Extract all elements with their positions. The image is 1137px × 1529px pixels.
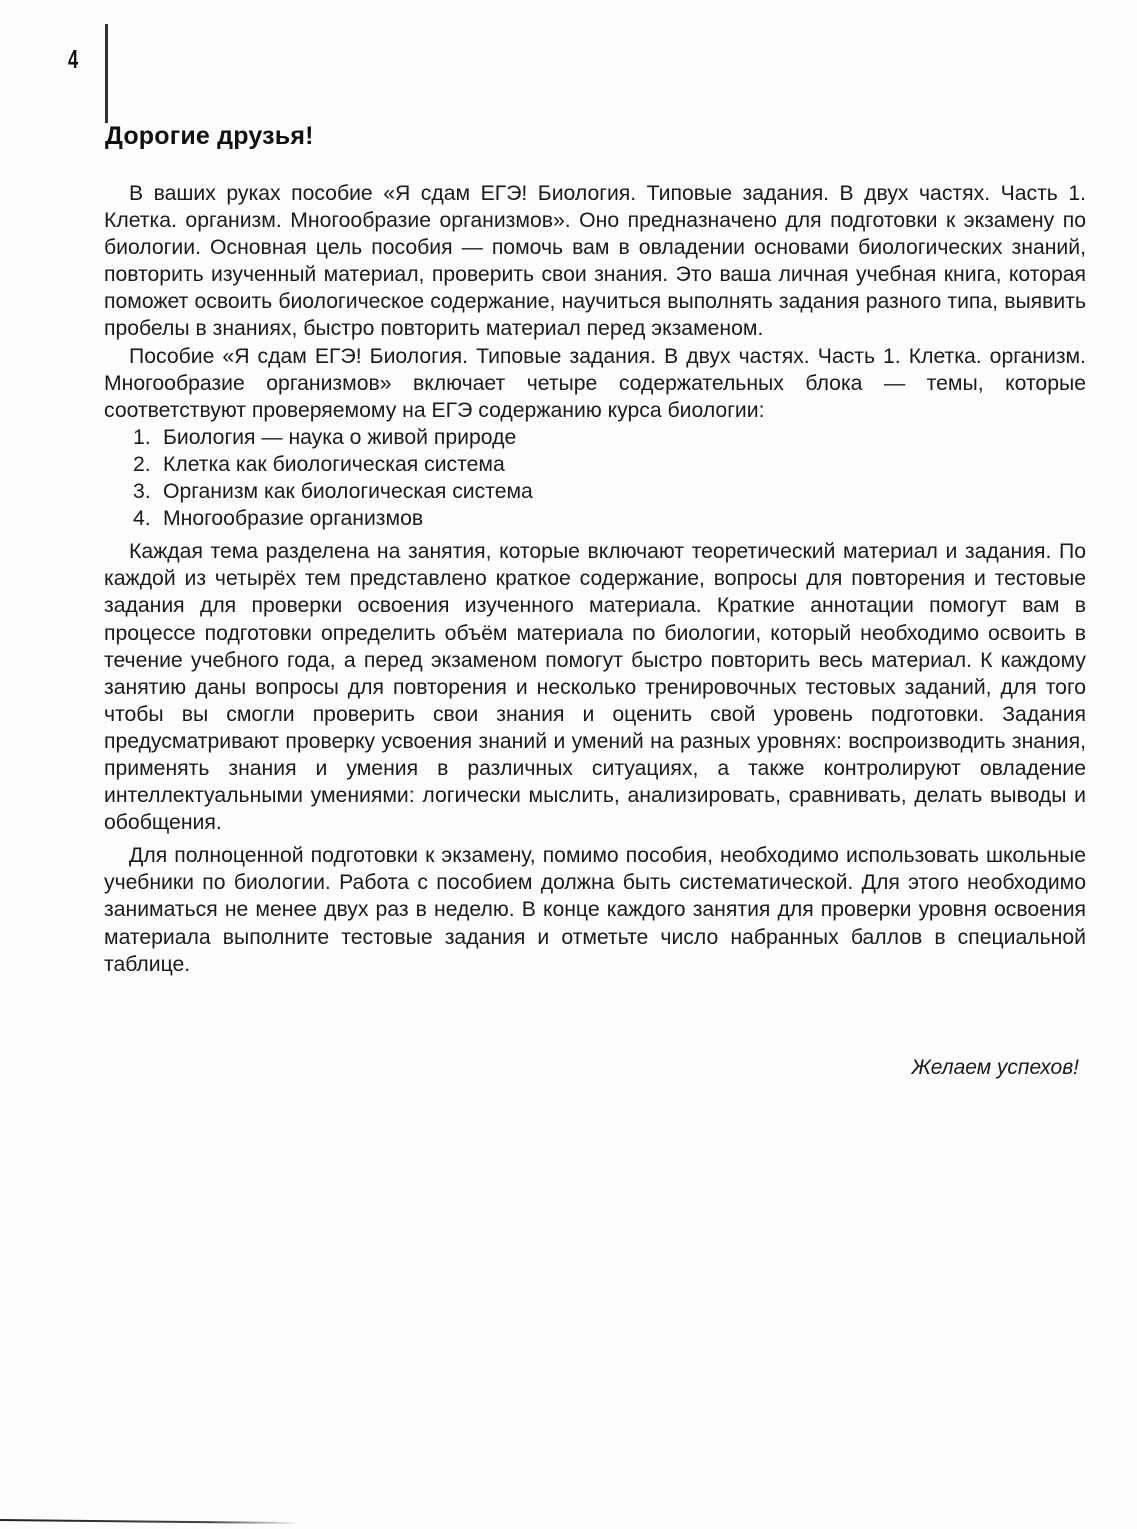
topic-number: 4.: [133, 505, 163, 532]
paragraph-contents: Пособие «Я сдам ЕГЭ! Биология. Типовые з…: [104, 343, 1086, 424]
topic-label: Клетка как биологическая система: [163, 453, 505, 476]
topic-label: Многообразие организмов: [163, 507, 423, 530]
margin-rule: [105, 24, 108, 123]
paragraph-intro: В ваших руках пособие «Я сдам ЕГЭ! Биоло…: [104, 180, 1086, 343]
body-text: В ваших руках пособие «Я сдам ЕГЭ! Биоло…: [104, 180, 1086, 978]
topic-label: Организм как биологическая система: [163, 480, 533, 503]
topic-label: Биология — наука о живой природе: [163, 426, 516, 449]
topic-item: 1.Биология — наука о живой природе: [133, 424, 1086, 451]
paragraph-advice: Для полноценной подготовки к экзамену, п…: [104, 842, 1086, 977]
topic-item: 3.Организм как биологическая система: [133, 478, 1086, 505]
paragraph-structure: Каждая тема разделена на занятия, которы…: [104, 538, 1086, 836]
topic-list: 1.Биология — наука о живой природе 2.Кле…: [104, 424, 1086, 532]
topic-item: 4.Многообразие организмов: [133, 505, 1086, 532]
topic-number: 1.: [133, 424, 163, 451]
topic-number: 3.: [133, 478, 163, 505]
topic-item: 2.Клетка как биологическая система: [133, 451, 1086, 478]
page-number: 4: [68, 44, 78, 75]
closing-wish: Желаем успехов!: [912, 1056, 1080, 1080]
topic-number: 2.: [133, 451, 163, 478]
page-title: Дорогие друзья!: [105, 122, 314, 151]
scan-edge-line: [0, 1519, 300, 1524]
